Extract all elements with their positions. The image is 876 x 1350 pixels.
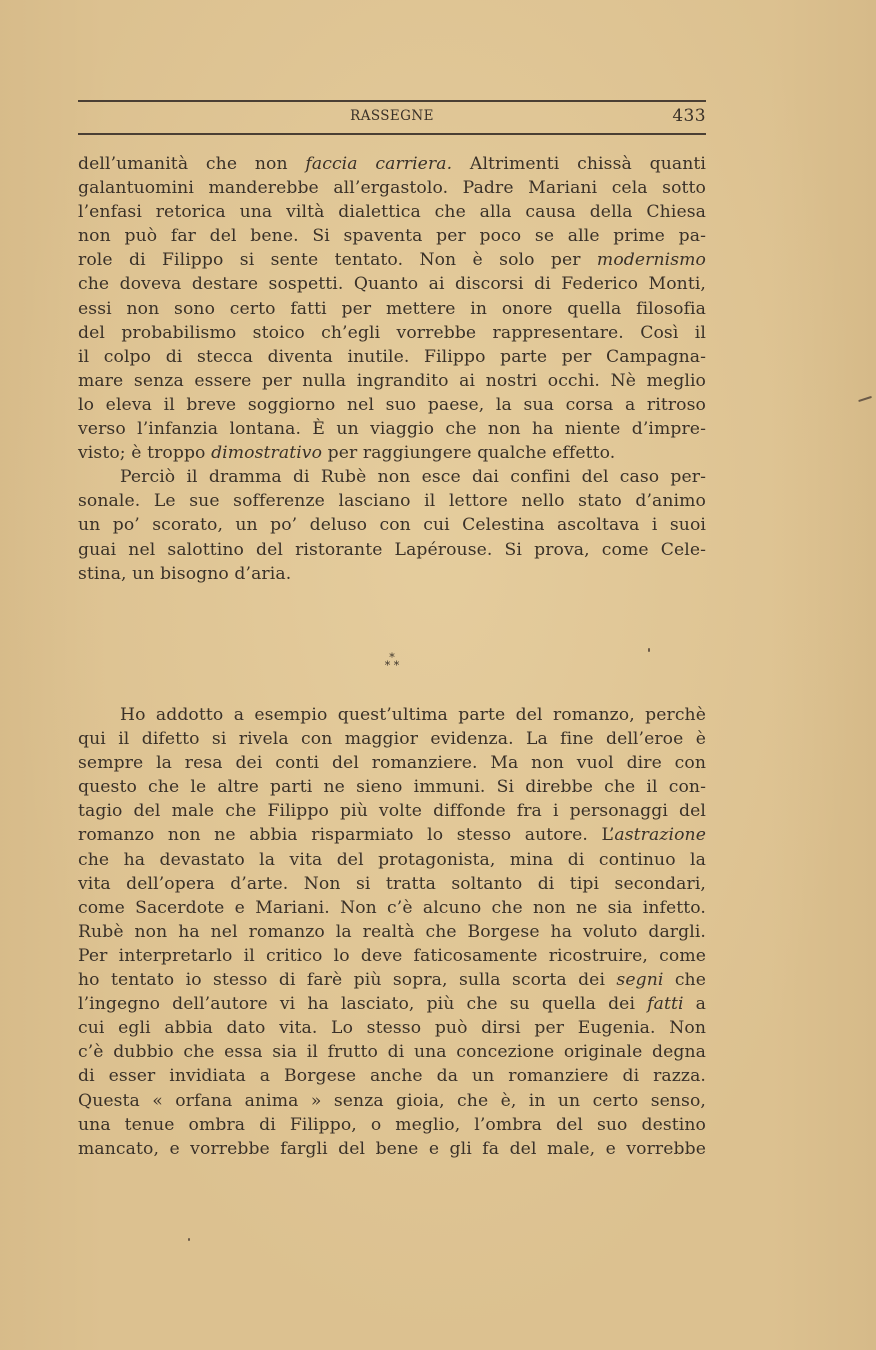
italic-phrase: modernismo — [597, 250, 706, 270]
text-line: non può far del bene. Si spaventa per po… — [78, 224, 706, 248]
italic-phrase: dimostrativo — [211, 443, 322, 463]
text-line: stina, un bisogno d’aria. — [78, 562, 706, 586]
italic-phrase: faccia carriera. — [305, 154, 452, 174]
text-line: sonale. Le sue sofferenze lasciano il le… — [78, 489, 706, 513]
text-line: un po’ scorato, un po’ deluso con cui Ce… — [78, 513, 706, 537]
text-line: c’è dubbio che essa sia il frutto di una… — [78, 1040, 706, 1064]
section-1-text: dell’umanità che non faccia carriera. Al… — [78, 152, 706, 586]
text-line: vita dell’opera d’arte. Non si tratta so… — [78, 872, 706, 896]
text-line: l’enfasi retorica una viltà dialettica c… — [78, 200, 706, 224]
text-line: che ha devastato la vita del protagonist… — [78, 848, 706, 872]
text-line: sempre la resa dei conti del romanziere.… — [78, 751, 706, 775]
text-line: visto; è troppo dimostrativo per raggiun… — [78, 441, 706, 465]
text-line: role di Filippo si sente tentato. Non è … — [78, 248, 706, 272]
text-line: mancato, e vorrebbe fargli del bene e gl… — [78, 1137, 706, 1161]
page-blemish — [188, 1238, 190, 1241]
text-line: qui il difetto si rivela con maggior evi… — [78, 727, 706, 751]
asterism-bottom: * * — [385, 659, 400, 672]
text-line: il colpo di stecca diventa inutile. Fili… — [78, 345, 706, 369]
text-line: come Sacerdote e Mariani. Non c’è alcuno… — [78, 896, 706, 920]
text-line: Perciò il dramma di Rubè non esce dai co… — [78, 465, 706, 489]
text-line: dell’umanità che non faccia carriera. Al… — [78, 152, 706, 176]
page-number: 433 — [672, 106, 706, 126]
italic-phrase: astrazione — [614, 825, 706, 845]
text-line: verso l’infanzia lontana. È un viaggio c… — [78, 417, 706, 441]
header-rule-bottom — [78, 133, 706, 135]
text-line: una tenue ombra di Filippo, o meglio, l’… — [78, 1113, 706, 1137]
text-line: Per interpretarlo il critico lo deve fat… — [78, 944, 706, 968]
text-line: ho tentato io stesso di farè più sopra, … — [78, 968, 706, 992]
text-line: tagio del male che Filippo più volte dif… — [78, 799, 706, 823]
text-line: l’ingegno dell’autore vi ha lasciato, pi… — [78, 992, 706, 1016]
text-line: romanzo non ne abbia risparmiato lo stes… — [78, 823, 706, 847]
text-line: che doveva destare sospetti. Quanto ai d… — [78, 272, 706, 296]
section-separator-asterism: * * * — [78, 654, 706, 678]
running-title: RASSEGNE — [78, 108, 706, 124]
text-line: galantuomini manderebbe all’ergastolo. P… — [78, 176, 706, 200]
header-rule-top — [78, 100, 706, 102]
section-2-text: Ho addotto a esempio quest’ultima parte … — [78, 703, 706, 1161]
page-blemish — [648, 648, 650, 652]
text-line: Questa « orfana anima » senza gioia, che… — [78, 1089, 706, 1113]
italic-phrase: segni — [616, 970, 663, 990]
book-page: RASSEGNE 433 dell’umanità che non faccia… — [78, 0, 706, 1350]
text-line: mare senza essere per nulla ingrandito a… — [78, 369, 706, 393]
text-line: cui egli abbia dato vita. Lo stesso può … — [78, 1016, 706, 1040]
italic-phrase: fatti — [647, 994, 683, 1014]
text-line: questo che le altre parti ne sieno immun… — [78, 775, 706, 799]
text-line: del probabilismo stoico ch’egli vorrebbe… — [78, 321, 706, 345]
text-line: lo eleva il breve soggiorno nel suo paes… — [78, 393, 706, 417]
text-line: Rubè non ha nel romanzo la realtà che Bo… — [78, 920, 706, 944]
text-line: guai nel salottino del ristorante Lapéro… — [78, 538, 706, 562]
text-line: Ho addotto a esempio quest’ultima parte … — [78, 703, 706, 727]
text-line: essi non sono certo fatti per mettere in… — [78, 297, 706, 321]
page-blemish — [858, 396, 872, 402]
text-line: di esser invidiata a Borgese anche da un… — [78, 1064, 706, 1088]
running-head: RASSEGNE 433 — [78, 106, 706, 128]
